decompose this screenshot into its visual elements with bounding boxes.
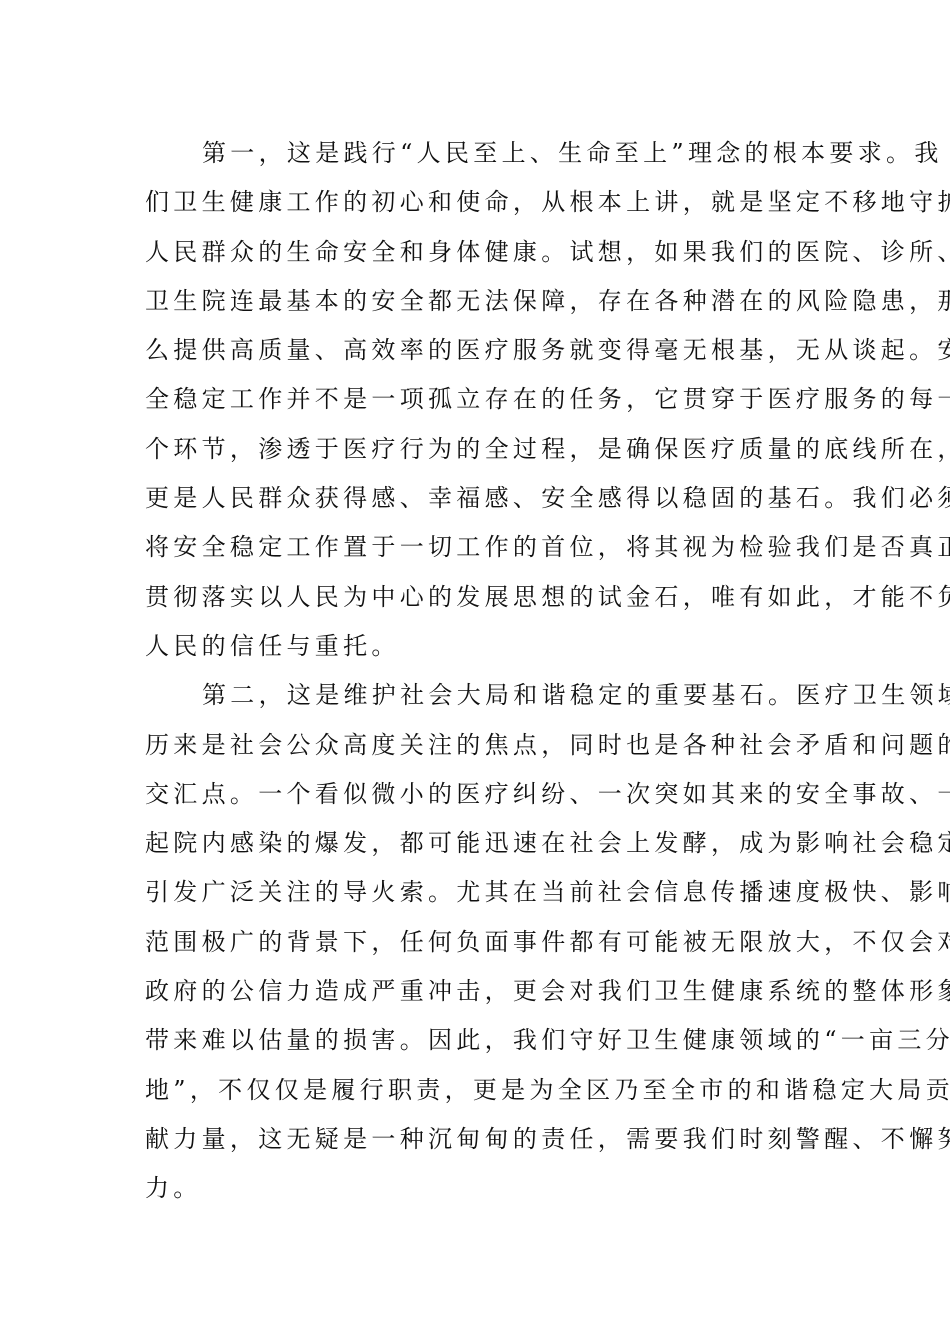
paragraph-2-line-6: 范围极广的背景下，任何负面事件都有可能被无限放大，不仅会对 xyxy=(145,921,810,970)
paragraph-1-line-3: 人民群众的生命安全和身体健康。试想，如果我们的医院、诊所、 xyxy=(145,231,810,280)
paragraph-2-line-10: 献力量，这无疑是一种沉甸甸的责任，需要我们时刻警醒、不懈努 xyxy=(145,1118,810,1167)
document-page: 第一，这是践行“人民至上、生命至上”理念的根本要求。我 们卫生健康工作的初心和使… xyxy=(0,0,950,1344)
paragraph-1-line-8: 更是人民群众获得感、幸福感、安全感得以稳固的基石。我们必须 xyxy=(145,477,810,526)
paragraph-1-line-10: 贯彻落实以人民为中心的发展思想的试金石，唯有如此，才能不负 xyxy=(145,576,810,625)
paragraph-2-line-8: 带来难以估量的损害。因此，我们守好卫生健康领域的“一亩三分 xyxy=(145,1019,810,1068)
paragraph-1-line-7: 个环节，渗透于医疗行为的全过程，是确保医疗质量的底线所在， xyxy=(145,428,810,477)
paragraph-1-line-11: 人民的信任与重托。 xyxy=(145,625,810,674)
paragraph-1-line-5: 么提供高质量、高效率的医疗服务就变得毫无根基，无从谈起。安 xyxy=(145,329,810,378)
paragraph-1-line-1: 第一，这是践行“人民至上、生命至上”理念的根本要求。我 xyxy=(145,132,810,181)
document-body: 第一，这是践行“人民至上、生命至上”理念的根本要求。我 们卫生健康工作的初心和使… xyxy=(145,132,810,1217)
paragraph-2-line-1: 第二，这是维护社会大局和谐稳定的重要基石。医疗卫生领域 xyxy=(145,674,810,723)
paragraph-2-line-4: 起院内感染的爆发，都可能迅速在社会上发酵，成为影响社会稳定、 xyxy=(145,822,810,871)
paragraph-1-line-6: 全稳定工作并不是一项孤立存在的任务，它贯穿于医疗服务的每一 xyxy=(145,378,810,427)
paragraph-1-line-2: 们卫生健康工作的初心和使命，从根本上讲，就是坚定不移地守护 xyxy=(145,181,810,230)
paragraph-2-line-9: 地”，不仅仅是履行职责，更是为全区乃至全市的和谐稳定大局贡 xyxy=(145,1069,810,1118)
paragraph-1-line-9: 将安全稳定工作置于一切工作的首位，将其视为检验我们是否真正 xyxy=(145,526,810,575)
paragraph-2-line-3: 交汇点。一个看似微小的医疗纠纷、一次突如其来的安全事故、一 xyxy=(145,773,810,822)
paragraph-1-line-4: 卫生院连最基本的安全都无法保障，存在各种潜在的风险隐患，那 xyxy=(145,280,810,329)
paragraph-2-line-11: 力。 xyxy=(145,1167,810,1216)
paragraph-2-line-5: 引发广泛关注的导火索。尤其在当前社会信息传播速度极快、影响 xyxy=(145,871,810,920)
paragraph-2-line-2: 历来是社会公众高度关注的焦点，同时也是各种社会矛盾和问题的 xyxy=(145,724,810,773)
paragraph-2-line-7: 政府的公信力造成严重冲击，更会对我们卫生健康系统的整体形象 xyxy=(145,970,810,1019)
